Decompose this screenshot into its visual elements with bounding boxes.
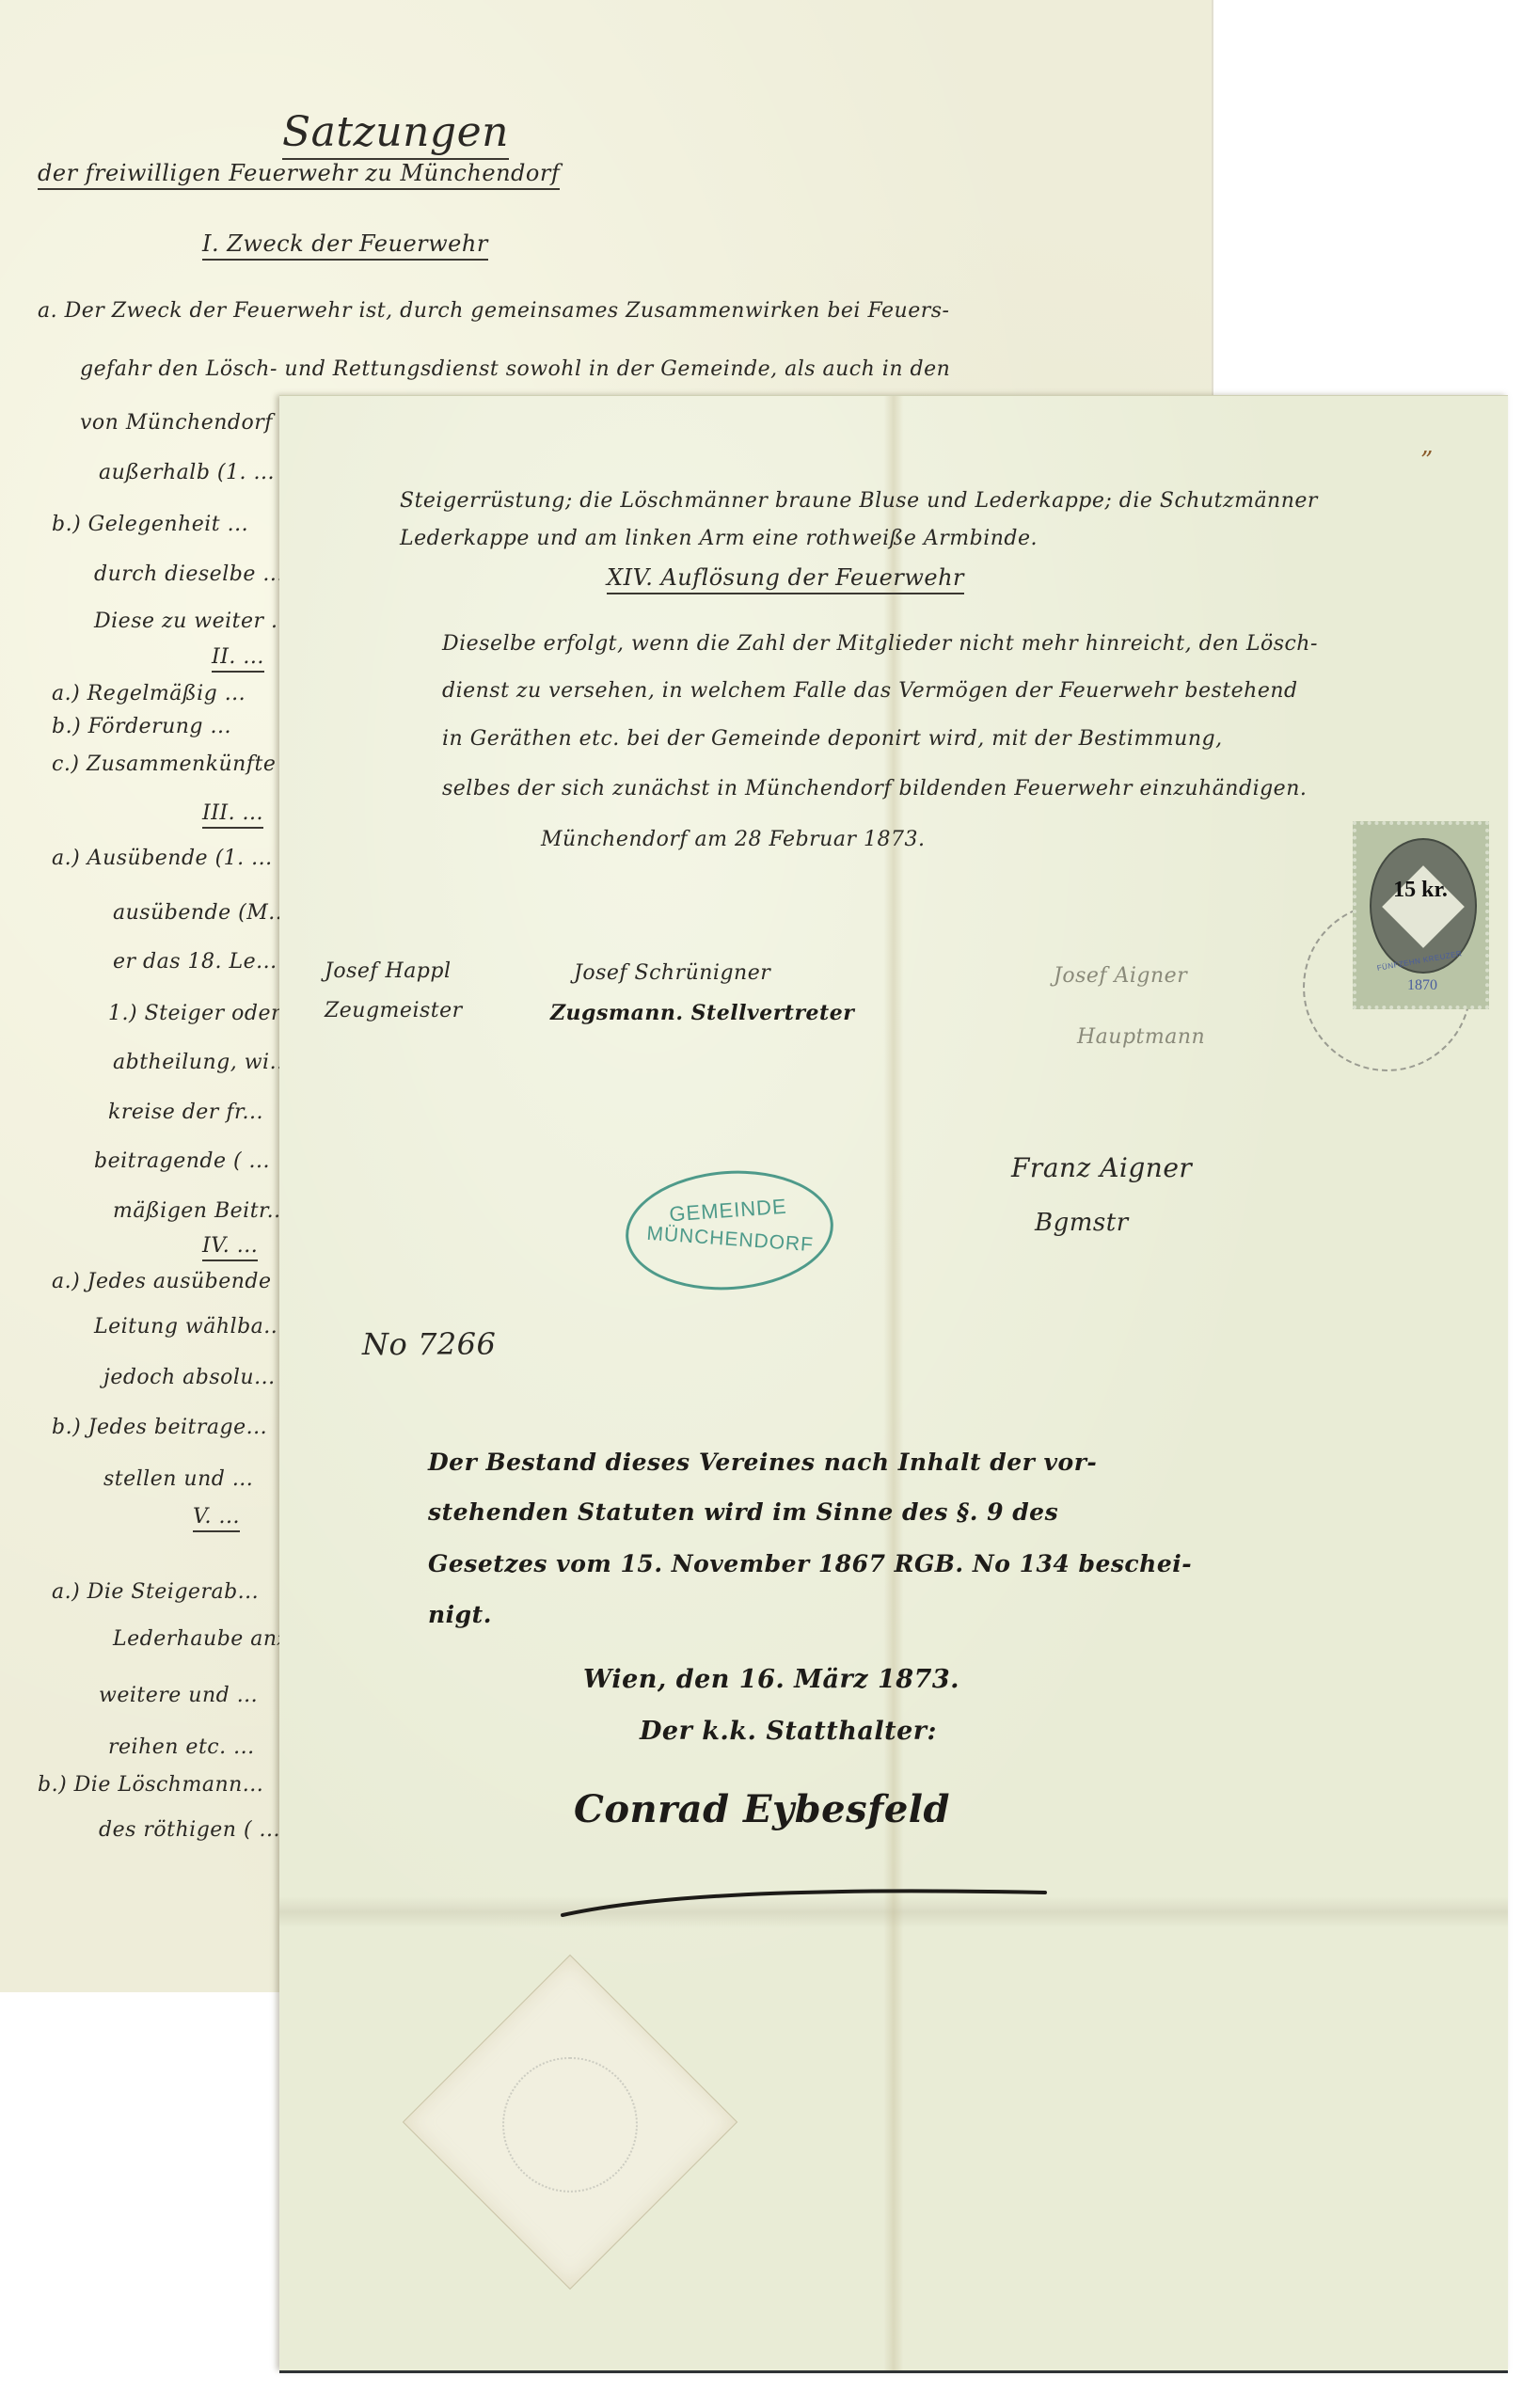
front-line: selbes der sich zunächst in Münchendorf … <box>442 777 1307 800</box>
back-line: b.) Jedes beitrage... <box>52 1416 267 1439</box>
approval-line: Der Bestand dieses Vereines nach Inhalt … <box>428 1449 1097 1476</box>
approval-line: nigt. <box>428 1601 492 1628</box>
signature-name: Josef Schrünigner <box>574 961 770 985</box>
back-line: Diese zu weiter ... <box>94 610 293 633</box>
back-line: von Münchendorf ... <box>80 411 301 435</box>
signature-role: Bgmstr <box>1035 1209 1129 1237</box>
section-1-heading: I. Zweck der Feuerwehr <box>202 230 488 261</box>
section-2-heading: II. ... <box>212 645 264 673</box>
approval-line: Gesetzes vom 15. November 1867 RGB. No 1… <box>428 1550 1192 1577</box>
signature-flourish-icon <box>561 1881 1050 1919</box>
section-3-heading: III. ... <box>202 801 263 829</box>
back-line: gefahr den Lösch- und Rettungsdienst sow… <box>80 357 950 381</box>
embossed-crest-icon <box>502 2057 638 2193</box>
back-line: ausübende (M... <box>113 901 290 925</box>
front-line: in Geräthen etc. bei der Gemeinde deponi… <box>442 727 1223 751</box>
signature-name: Josef Aigner <box>1054 964 1187 988</box>
back-line: a.) Ausübende (1. ... <box>52 847 273 870</box>
signature-role: Zugsmann. Stellvertreter <box>550 1001 854 1025</box>
front-line: dienst zu versehen, in welchem Falle das… <box>442 679 1298 703</box>
back-line: beitragende ( ... <box>94 1149 270 1173</box>
back-line: a. Der Zweck der Feuerwehr ist, durch ge… <box>38 299 949 323</box>
front-line: Lederkappe und am linken Arm eine rothwe… <box>400 527 1038 550</box>
margin-mark: ” <box>1420 447 1434 475</box>
approval-line: stehenden Statuten wird im Sinne des §. … <box>428 1498 1058 1526</box>
back-line: des röthigen ( ... <box>99 1818 280 1842</box>
back-line: kreise der fr... <box>108 1101 263 1124</box>
back-line: abtheilung, wi... <box>113 1051 291 1074</box>
document-subtitle: der freiwilligen Feuerwehr zu Münchendor… <box>38 160 560 190</box>
revenue-stamp: 15 kr. FÜNFZEHN KREUZER 1870 <box>1353 821 1489 1009</box>
stamp-year: 1870 <box>1394 977 1451 994</box>
document-title: Satzungen <box>282 108 509 160</box>
signature-name: Josef Happl <box>325 959 452 983</box>
back-line: reihen etc. ... <box>108 1735 255 1759</box>
back-line: mäßigen Beitr... <box>113 1199 288 1223</box>
approval-number: No 7266 <box>362 1326 496 1362</box>
back-line: a.) Die Steigerab... <box>52 1580 259 1604</box>
back-line: b.) Förderung ... <box>52 715 231 738</box>
front-line: Steigerrüstung; die Löschmänner braune B… <box>400 489 1318 513</box>
approval-place-date: Wien, den 16. März 1873. <box>583 1665 959 1694</box>
place-date: Münchendorf am 28 Februar 1873. <box>541 828 925 851</box>
signature-role: Zeugmeister <box>325 999 463 1022</box>
section-5-heading: V. ... <box>193 1505 240 1532</box>
back-line: a.) Jedes ausübende ... <box>52 1270 300 1293</box>
approval-authority: Der k.k. Statthalter: <box>640 1717 937 1746</box>
back-line: a.) Regelmäßig ... <box>52 682 246 705</box>
signature-name: Franz Aigner <box>1011 1152 1192 1183</box>
back-line: er das 18. Le... <box>113 950 277 974</box>
back-line: b.) Die Löschmann... <box>38 1773 263 1797</box>
signature-role: Hauptmann <box>1077 1025 1205 1049</box>
back-line: Leitung wählba... <box>94 1315 285 1339</box>
back-line: jedoch absolu... <box>103 1366 276 1389</box>
stamp-value: 15 kr. <box>1373 878 1467 903</box>
section-4-heading: IV. ... <box>202 1234 258 1261</box>
back-line: stellen und ... <box>103 1467 253 1491</box>
back-line: weitere und ... <box>99 1684 258 1707</box>
statthalter-signature: Conrad Eybesfeld <box>574 1787 950 1831</box>
section-14-heading: XIV. Auflösung der Feuerwehr <box>607 564 964 594</box>
back-line: außerhalb (1. ... <box>99 461 275 484</box>
seal-line-2: MÜNCHENDORF <box>628 1222 832 1259</box>
back-line: b.) Gelegenheit ... <box>52 513 248 536</box>
back-line: durch dieselbe ... <box>94 562 284 586</box>
front-line: Dieselbe erfolgt, wenn die Zahl der Mitg… <box>442 632 1318 656</box>
back-line: c.) Zusammenkünfte ... <box>52 752 304 776</box>
